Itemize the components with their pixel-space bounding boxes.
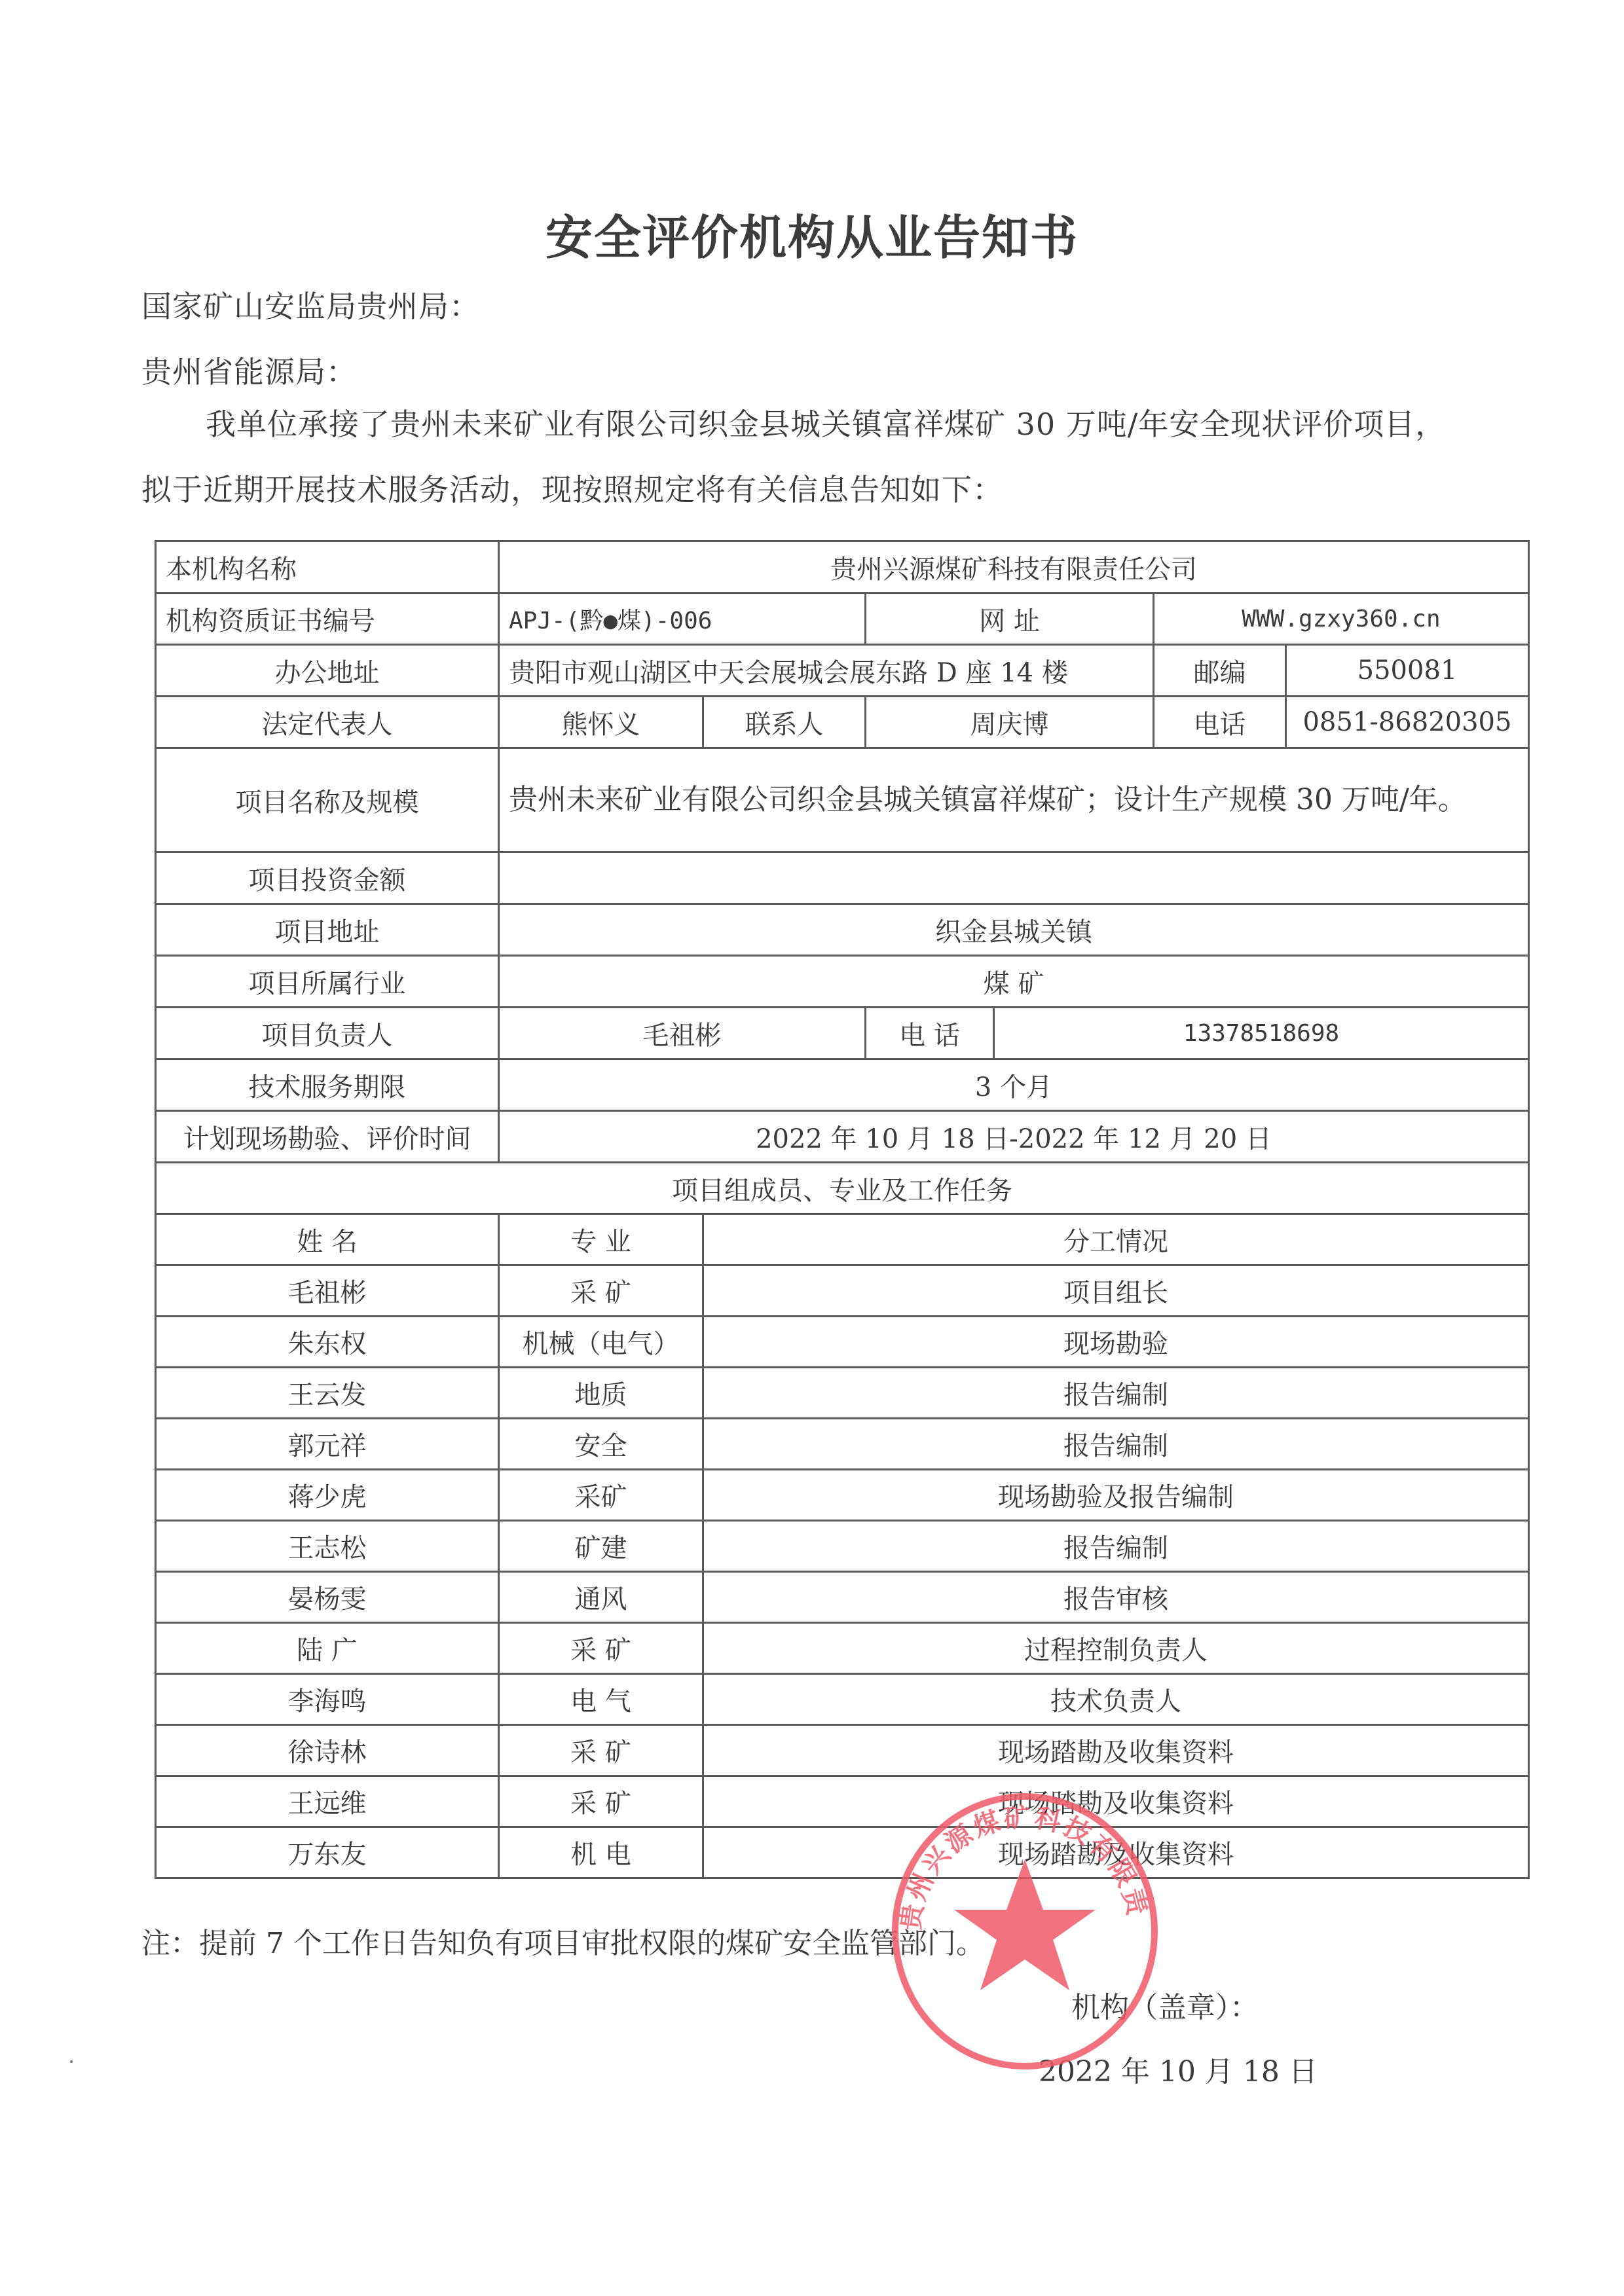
member-row: 李海鸣电 气技术负责人 — [156, 1674, 1529, 1725]
schedule-value: 2022 年 10 月 18 日-2022 年 12 月 20 日 — [499, 1111, 1529, 1163]
members-section-title: 项目组成员、专业及工作任务 — [156, 1163, 1529, 1214]
contact-label: 联系人 — [703, 697, 866, 748]
phone-value: 0851-86820305 — [1286, 697, 1529, 748]
scan-speck — [70, 2060, 73, 2063]
industry-label: 项目所属行业 — [156, 956, 499, 1008]
row-legal-rep: 法定代表人 熊怀义 联系人 周庆博 电话 0851-86820305 — [156, 697, 1529, 748]
header-name: 姓 名 — [156, 1214, 499, 1266]
member-name: 李海鸣 — [156, 1674, 499, 1725]
leader-phone-value: 13378518698 — [994, 1008, 1529, 1059]
postcode-label: 邮编 — [1154, 645, 1286, 697]
member-name: 王远维 — [156, 1776, 499, 1827]
org-name-label: 本机构名称 — [156, 541, 499, 593]
investment-label: 项目投资金额 — [156, 852, 499, 904]
leader-value: 毛祖彬 — [499, 1008, 866, 1059]
member-major: 采 矿 — [499, 1266, 703, 1317]
project-address-label: 项目地址 — [156, 904, 499, 956]
header-major: 专 业 — [499, 1214, 703, 1266]
leader-phone-label: 电 话 — [866, 1008, 994, 1059]
member-name: 晏杨雯 — [156, 1572, 499, 1623]
member-major: 机 电 — [499, 1827, 703, 1878]
member-major: 通风 — [499, 1572, 703, 1623]
member-task: 报告审核 — [703, 1572, 1529, 1623]
member-task: 现场踏勘及收集资料 — [703, 1776, 1529, 1827]
member-major: 采 矿 — [499, 1623, 703, 1674]
cert-label: 机构资质证书编号 — [156, 593, 499, 645]
member-name: 朱东权 — [156, 1317, 499, 1368]
intro-paragraph-line-2: 拟于近期开展技术服务活动，现按照规定将有关信息告知如下： — [141, 466, 1003, 509]
website-label: 网 址 — [866, 593, 1154, 645]
project-name-label: 项目名称及规模 — [156, 748, 499, 852]
member-major: 地质 — [499, 1368, 703, 1419]
member-row: 王志松矿建报告编制 — [156, 1521, 1529, 1572]
member-name: 郭元祥 — [156, 1419, 499, 1470]
row-project-leader: 项目负责人 毛祖彬 电 话 13378518698 — [156, 1008, 1529, 1059]
row-service-period: 技术服务期限 3 个月 — [156, 1059, 1529, 1111]
intro-paragraph-line-1: 我单位承接了贵州未来矿业有限公司织金县城关镇富祥煤矿 30 万吨/年安全现状评价… — [206, 401, 1446, 444]
row-members-title: 项目组成员、专业及工作任务 — [156, 1163, 1529, 1214]
member-row: 王云发地质报告编制 — [156, 1368, 1529, 1419]
member-name: 陆 广 — [156, 1623, 499, 1674]
member-task: 技术负责人 — [703, 1674, 1529, 1725]
member-task: 报告编制 — [703, 1368, 1529, 1419]
row-industry: 项目所属行业 煤 矿 — [156, 956, 1529, 1008]
member-row: 朱东权机械（电气）现场勘验 — [156, 1317, 1529, 1368]
leader-label: 项目负责人 — [156, 1008, 499, 1059]
member-major: 矿建 — [499, 1521, 703, 1572]
members-header-row: 姓 名 专 业 分工情况 — [156, 1214, 1529, 1266]
member-name: 蒋少虎 — [156, 1470, 499, 1521]
footnote: 注：提前 7 个工作日告知负有项目审批权限的煤矿安全监管部门。 — [141, 1920, 985, 1961]
member-row: 万东友机 电现场踏勘及收集资料 — [156, 1827, 1529, 1878]
member-major: 采 矿 — [499, 1776, 703, 1827]
member-row: 蒋少虎采矿现场勘验及报告编制 — [156, 1470, 1529, 1521]
member-major: 安全 — [499, 1419, 703, 1470]
member-name: 万东友 — [156, 1827, 499, 1878]
row-org-name: 本机构名称 贵州兴源煤矿科技有限责任公司 — [156, 541, 1529, 593]
legal-rep-label: 法定代表人 — [156, 697, 499, 748]
member-major: 采 矿 — [499, 1725, 703, 1776]
postcode-value: 550081 — [1286, 645, 1529, 697]
header-task: 分工情况 — [703, 1214, 1529, 1266]
member-task: 现场踏勘及收集资料 — [703, 1827, 1529, 1878]
member-row: 毛祖彬采 矿项目组长 — [156, 1266, 1529, 1317]
member-major: 采矿 — [499, 1470, 703, 1521]
member-task: 现场勘验 — [703, 1317, 1529, 1368]
industry-value: 煤 矿 — [499, 956, 1529, 1008]
row-cert: 机构资质证书编号 APJ-(黔●煤)-006 网 址 WWW.gzxy360.c… — [156, 593, 1529, 645]
recipient-1: 国家矿山安监局贵州局： — [141, 283, 480, 326]
member-task: 报告编制 — [703, 1521, 1529, 1572]
row-project-address: 项目地址 织金县城关镇 — [156, 904, 1529, 956]
project-name-value: 贵州未来矿业有限公司织金县城关镇富祥煤矿；设计生产规模 30 万吨/年。 — [499, 748, 1529, 852]
org-name-value: 贵州兴源煤矿科技有限责任公司 — [499, 541, 1529, 593]
member-major: 电 气 — [499, 1674, 703, 1725]
schedule-label: 计划现场勘验、评价时间 — [156, 1111, 499, 1163]
member-task: 现场踏勘及收集资料 — [703, 1725, 1529, 1776]
member-row: 晏杨雯通风报告审核 — [156, 1572, 1529, 1623]
project-address-value: 织金县城关镇 — [499, 904, 1529, 956]
member-name: 毛祖彬 — [156, 1266, 499, 1317]
member-major: 机械（电气） — [499, 1317, 703, 1368]
office-label: 办公地址 — [156, 645, 499, 697]
member-task: 过程控制负责人 — [703, 1623, 1529, 1674]
document-title: 安全评价机构从业告知书 — [0, 200, 1624, 268]
member-task: 报告编制 — [703, 1419, 1529, 1470]
row-investment: 项目投资金额 — [156, 852, 1529, 904]
member-name: 徐诗林 — [156, 1725, 499, 1776]
signature-date: 2022 年 10 月 18 日 — [1039, 2048, 1318, 2090]
signature-label: 机构（盖章）： — [1071, 1984, 1259, 2026]
member-row: 郭元祥安全报告编制 — [156, 1419, 1529, 1470]
website-value: WWW.gzxy360.cn — [1154, 593, 1529, 645]
period-label: 技术服务期限 — [156, 1059, 499, 1111]
row-office: 办公地址 贵阳市观山湖区中天会展城会展东路 D 座 14 楼 邮编 550081 — [156, 645, 1529, 697]
member-row: 王远维采 矿现场踏勘及收集资料 — [156, 1776, 1529, 1827]
recipient-2: 贵州省能源局： — [141, 348, 357, 392]
member-row: 徐诗林采 矿现场踏勘及收集资料 — [156, 1725, 1529, 1776]
legal-rep-value: 熊怀义 — [499, 697, 703, 748]
member-task: 项目组长 — [703, 1266, 1529, 1317]
office-value: 贵阳市观山湖区中天会展城会展东路 D 座 14 楼 — [499, 645, 1154, 697]
member-row: 陆 广采 矿过程控制负责人 — [156, 1623, 1529, 1674]
notice-form-table: 本机构名称 贵州兴源煤矿科技有限责任公司 机构资质证书编号 APJ-(黔●煤)-… — [155, 540, 1530, 1879]
member-name: 王志松 — [156, 1521, 499, 1572]
row-project-name: 项目名称及规模 贵州未来矿业有限公司织金县城关镇富祥煤矿；设计生产规模 30 万… — [156, 748, 1529, 852]
investment-value — [499, 852, 1529, 904]
contact-value: 周庆博 — [866, 697, 1154, 748]
cert-value: APJ-(黔●煤)-006 — [499, 593, 866, 645]
period-value: 3 个月 — [499, 1059, 1529, 1111]
phone-label: 电话 — [1154, 697, 1286, 748]
row-schedule: 计划现场勘验、评价时间 2022 年 10 月 18 日-2022 年 12 月… — [156, 1111, 1529, 1163]
member-task: 现场勘验及报告编制 — [703, 1470, 1529, 1521]
member-name: 王云发 — [156, 1368, 499, 1419]
